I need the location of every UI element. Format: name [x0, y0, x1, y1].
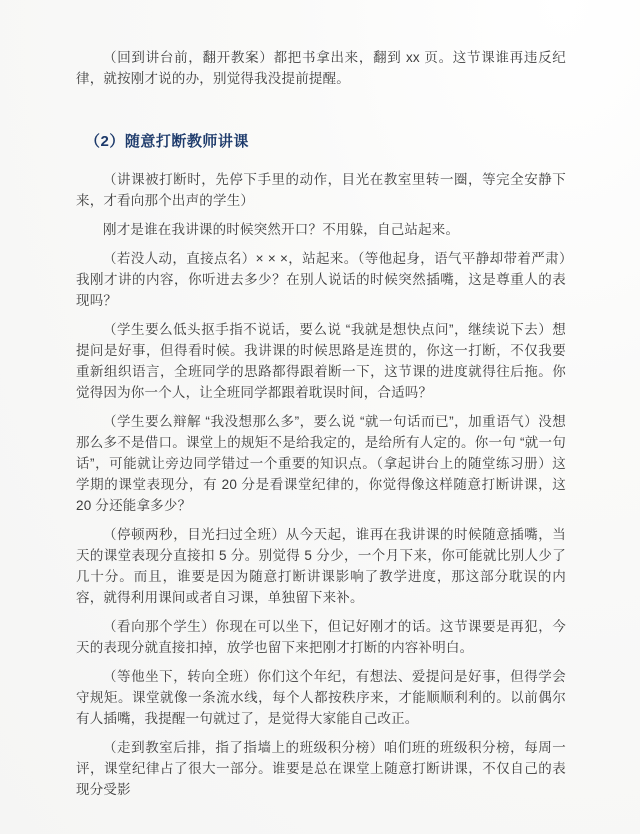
script-paragraph-8: （等他坐下，转向全班）你们这个年纪，有想法、爱提问是好事，但得学会守规矩。课堂就… — [76, 666, 566, 729]
script-paragraph-6: （停顿两秒，目光扫过全班）从今天起，谁再在我讲课的时候随意插嘴，当天的课堂表现分… — [76, 524, 566, 608]
script-paragraph-1: （讲课被打断时，先停下手里的动作，目光在教室里转一圈，等完全安静下来，才看向那个… — [76, 169, 566, 211]
section-heading: （2）随意打断教师讲课 — [76, 131, 566, 153]
script-paragraph-3: （若没人动，直接点名）× × ×，站起来。（等他起身，语气平静却带着严肃）我刚才… — [76, 248, 566, 311]
intro-paragraph: （回到讲台前，翻开教案）都把书拿出来，翻到 xx 页。这节课谁再违反纪律，就按刚… — [76, 47, 566, 89]
script-paragraph-2: 刚才是谁在我讲课的时候突然开口？不用躲，自己站起来。 — [76, 219, 566, 240]
script-paragraph-9: （走到教室后排，指了指墙上的班级积分榜）咱们班的班级积分榜，每周一评，课堂纪律占… — [76, 737, 566, 800]
script-paragraph-5: （学生要么辩解 “我没想那么多”，要么说 “就一句话而已”，加重语气）没想那么多… — [76, 411, 566, 516]
script-paragraph-7: （看向那个学生）你现在可以坐下，但记好刚才的话。这节课要是再犯，今天的表现分就直… — [76, 616, 566, 658]
document-page: （回到讲台前，翻开教案）都把书拿出来，翻到 xx 页。这节课谁再违反纪律，就按刚… — [0, 0, 640, 834]
script-paragraph-4: （学生要么低头抠手指不说话，要么说 “我就是想快点问”，继续说下去）想提问是好事… — [76, 319, 566, 403]
